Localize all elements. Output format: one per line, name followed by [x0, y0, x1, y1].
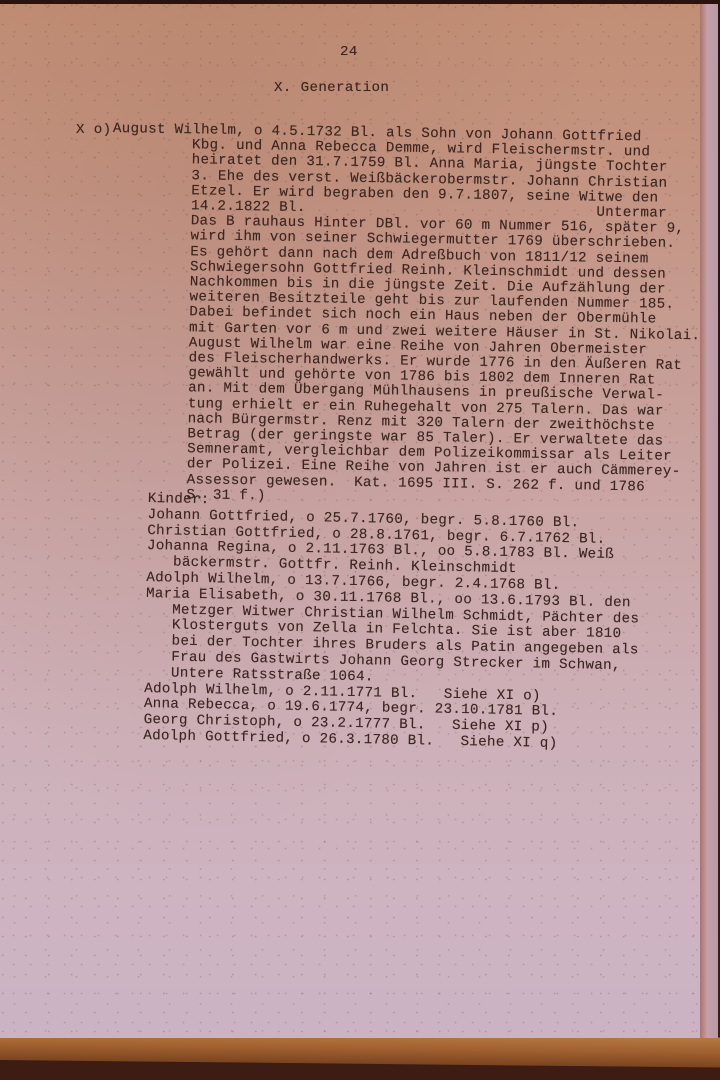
photo-scene: 24 X. Generation X o) August Wilhelm, o … [0, 0, 720, 1080]
generation-heading: X. Generation [274, 80, 389, 96]
entry-label: X o) [76, 122, 111, 138]
document-page: 24 X. Generation X o) August Wilhelm, o … [0, 4, 700, 1038]
children-list: Kinder: Johann Gottfried, o 25.7.1760, b… [143, 492, 641, 754]
page-number: 24 [340, 44, 358, 60]
entry-text-block: August Wilhelm, o 4.5.1732 Bl. als Sohn … [107, 122, 703, 511]
